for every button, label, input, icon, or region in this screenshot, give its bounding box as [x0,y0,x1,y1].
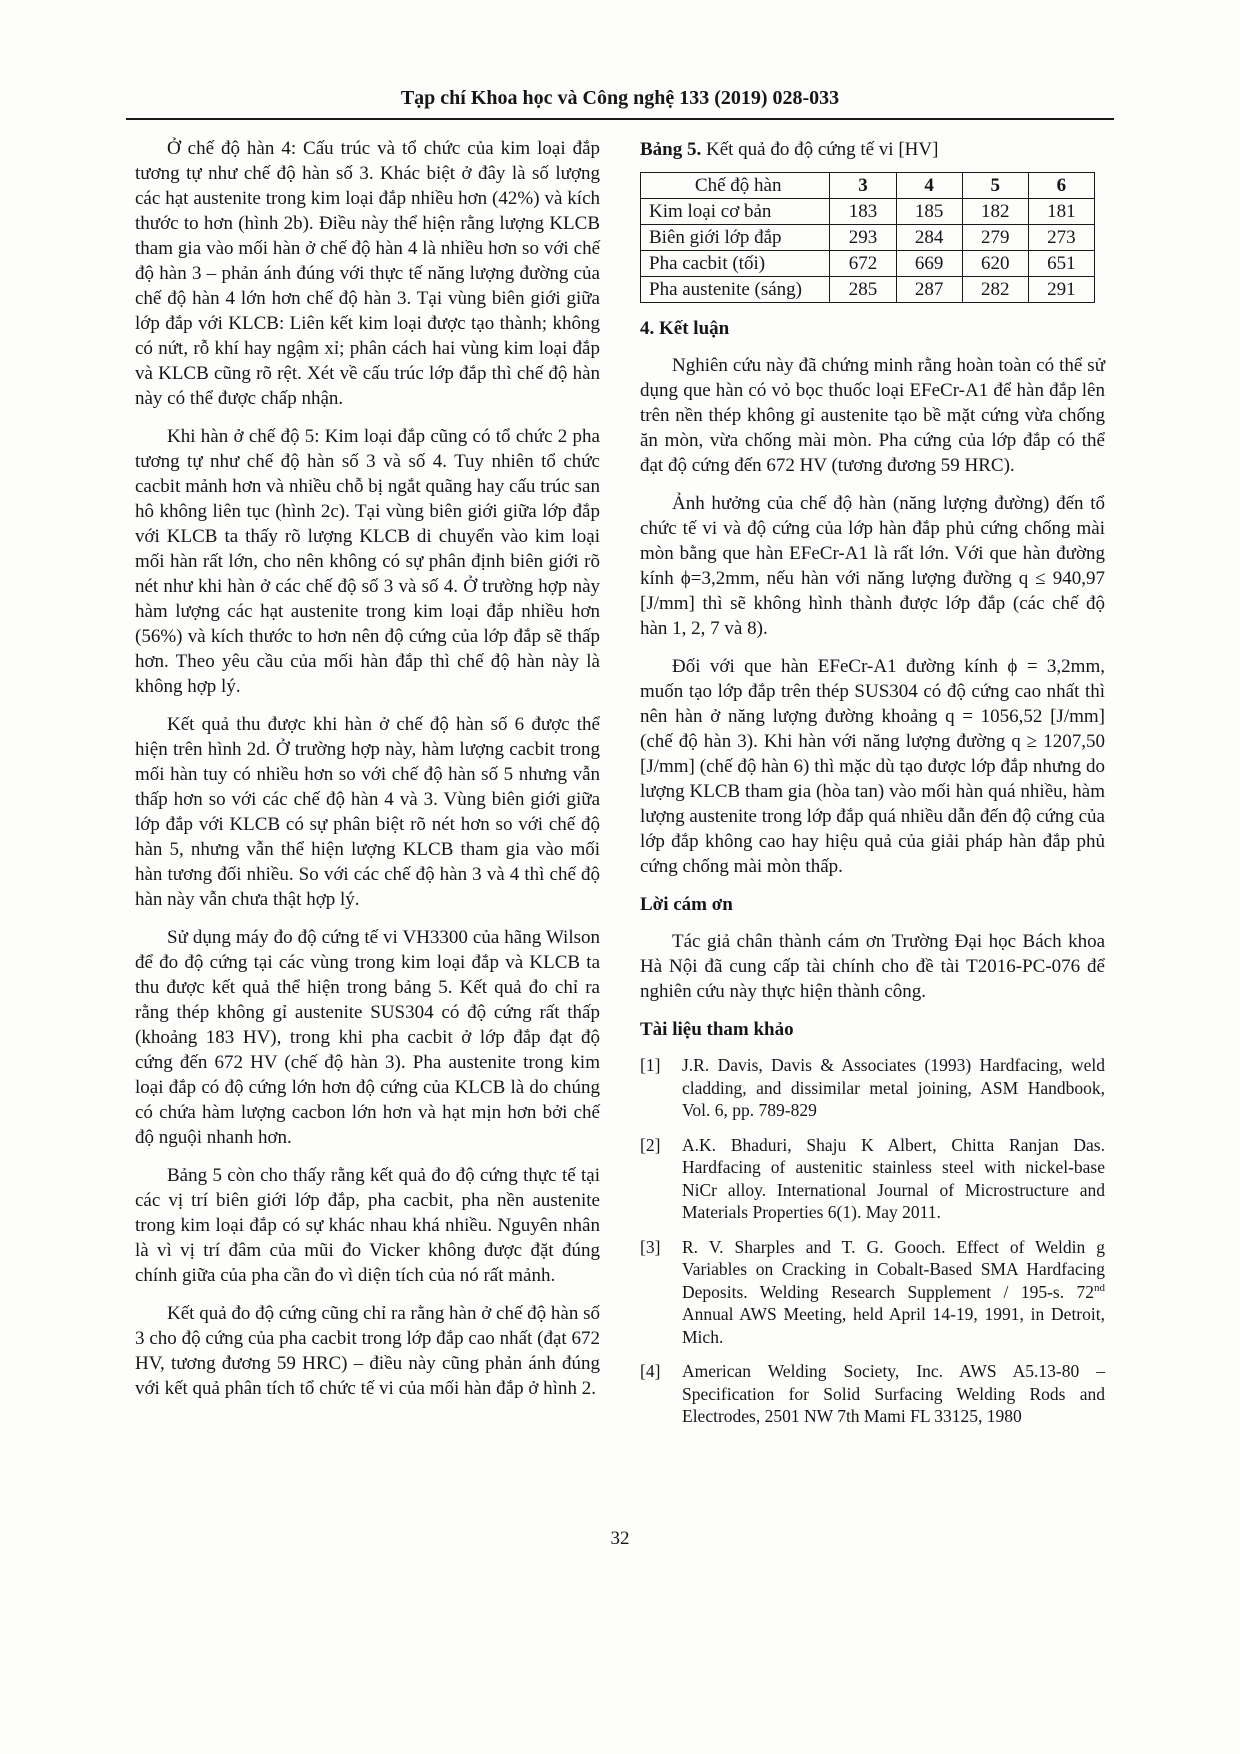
table-cell: 669 [896,251,962,277]
body-paragraph: Ở chế độ hàn 4: Cấu trúc và tổ chức của … [135,136,600,411]
table-cell: 672 [830,251,896,277]
reference-text: J.R. Davis, Davis & Associates (1993) Ha… [682,1054,1105,1122]
reference-text: A.K. Bhaduri, Shaju K Albert, Chitta Ran… [682,1134,1105,1224]
table-cell: 620 [962,251,1028,277]
hardness-table: Chế độ hàn 3 4 5 6 Kim loại cơ bản 183 1… [640,172,1095,303]
table-cell: 185 [896,199,962,225]
body-paragraph: Kết quả đo độ cứng cũng chỉ ra rằng hàn … [135,1301,600,1401]
reference-label: [3] [640,1236,682,1349]
right-column: Bảng 5. Kết quả đo độ cứng tế vi [HV] Ch… [640,136,1105,1440]
table-row: Pha cacbit (tối) 672 669 620 651 [641,251,1095,277]
reference-superscript: nd [1094,1282,1105,1294]
table-header-row: Chế độ hàn 3 4 5 6 [641,173,1095,199]
table-cell: 293 [830,225,896,251]
header-rule [126,118,1114,120]
table-header-cell: 6 [1028,173,1094,199]
reference-label: [4] [640,1360,682,1428]
table-cell: 285 [830,277,896,303]
table-row: Pha austenite (sáng) 285 287 282 291 [641,277,1095,303]
body-paragraph: Bảng 5 còn cho thấy rằng kết quả đo độ c… [135,1163,600,1288]
page-number: 32 [0,1528,1240,1550]
table-cell: 287 [896,277,962,303]
table-row: Kim loại cơ bản 183 185 182 181 [641,199,1095,225]
reference-label: [1] [640,1054,682,1122]
table-cell: 182 [962,199,1028,225]
paper-page: Tạp chí Khoa học và Công nghệ 133 (2019)… [0,0,1240,1754]
reference-text-part: R. V. Sharples and T. G. Gooch. Effect o… [682,1237,1105,1302]
table-cell: 291 [1028,277,1094,303]
table-cell: 183 [830,199,896,225]
reference-text: R. V. Sharples and T. G. Gooch. Effect o… [682,1236,1105,1349]
table-cell: Kim loại cơ bản [641,199,830,225]
reference-list: [1] J.R. Davis, Davis & Associates (1993… [640,1054,1105,1428]
reference-text: American Welding Society, Inc. AWS A5.13… [682,1360,1105,1428]
reference-item: [4] American Welding Society, Inc. AWS A… [640,1360,1105,1428]
table-cell: Biên giới lớp đắp [641,225,830,251]
two-column-body: Ở chế độ hàn 4: Cấu trúc và tổ chức của … [135,136,1105,1440]
table-header-cell: 3 [830,173,896,199]
table-cell: 651 [1028,251,1094,277]
table-cell: Pha cacbit (tối) [641,251,830,277]
section-heading-references: Tài liệu tham khảo [640,1018,1105,1042]
table-cell: 284 [896,225,962,251]
reference-label: [2] [640,1134,682,1224]
body-paragraph: Đối với que hàn EFeCr-A1 đường kính ϕ = … [640,654,1105,879]
body-paragraph: Khi hàn ở chế độ 5: Kim loại đắp cũng có… [135,424,600,699]
table-cell: 181 [1028,199,1094,225]
left-column: Ở chế độ hàn 4: Cấu trúc và tổ chức của … [135,136,600,1440]
reference-item: [2] A.K. Bhaduri, Shaju K Albert, Chitta… [640,1134,1105,1224]
body-paragraph: Kết quả thu được khi hàn ở chế độ hàn số… [135,712,600,912]
body-paragraph: Tác giả chân thành cám ơn Trường Đại học… [640,929,1105,1004]
journal-header: Tạp chí Khoa học và Công nghệ 133 (2019)… [0,0,1240,110]
reference-text-part: Annual AWS Meeting, held April 14-19, 19… [682,1304,1105,1347]
table-caption-number: Bảng 5. [640,139,701,160]
table-cell: 273 [1028,225,1094,251]
table-row: Biên giới lớp đắp 293 284 279 273 [641,225,1095,251]
table-cell: 282 [962,277,1028,303]
reference-item: [1] J.R. Davis, Davis & Associates (1993… [640,1054,1105,1122]
table-caption-text: Kết quả đo độ cứng tế vi [HV] [701,139,938,160]
table-cell: 279 [962,225,1028,251]
table-header-cell: 5 [962,173,1028,199]
table-cell: Pha austenite (sáng) [641,277,830,303]
body-paragraph: Ảnh hưởng của chế độ hàn (năng lượng đườ… [640,491,1105,641]
table-caption: Bảng 5. Kết quả đo độ cứng tế vi [HV] [640,138,1105,162]
body-paragraph: Sử dụng máy đo độ cứng tế vi VH3300 của … [135,925,600,1150]
body-paragraph: Nghiên cứu này đã chứng minh rằng hoàn t… [640,353,1105,478]
table-header-cell: 4 [896,173,962,199]
section-heading-conclusion: 4. Kết luận [640,317,1105,341]
reference-item: [3] R. V. Sharples and T. G. Gooch. Effe… [640,1236,1105,1349]
table-header-cell: Chế độ hàn [641,173,830,199]
section-heading-acknowledgement: Lời cám ơn [640,893,1105,917]
